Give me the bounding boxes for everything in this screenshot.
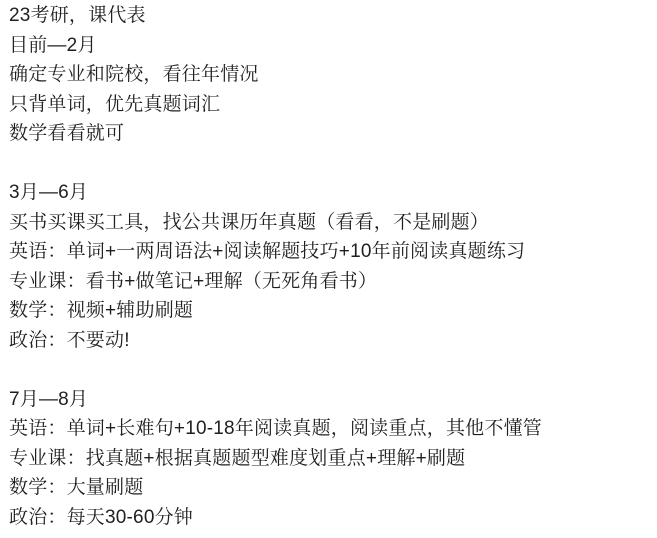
text-line: 买书买课买工具，找公共课历年真题（看看，不是刷题）	[9, 208, 651, 238]
text-line: 数学：大量刷题	[9, 473, 651, 503]
text-line: 数学：视频+辅助刷题	[9, 296, 651, 326]
text-line: 政治：每天30-60分钟	[9, 503, 651, 533]
section-march-to-june: 3月—6月 买书买课买工具，找公共课历年真题（看看，不是刷题） 英语：单词+一两…	[9, 178, 651, 355]
title-line: 23考研，课代表	[9, 1, 651, 31]
section-current-to-february: 23考研，课代表 目前—2月 确定专业和院校，看往年情况 只背单词，优先真题词汇…	[9, 1, 651, 149]
text-line: 英语：单词+一两周语法+阅读解题技巧+10年前阅读真题练习	[9, 237, 651, 267]
text-line: 专业课：看书+做笔记+理解（无死角看书）	[9, 267, 651, 297]
text-line: 专业课：找真题+根据真题题型难度划重点+理解+刷题	[9, 444, 651, 474]
text-line: 政治：不要动!	[9, 326, 651, 356]
text-line: 英语：单词+长难句+10-18年阅读真题，阅读重点，其他不懂管	[9, 414, 651, 444]
study-plan-notes: 23考研，课代表 目前—2月 确定专业和院校，看往年情况 只背单词，优先真题词汇…	[0, 0, 657, 532]
text-line: 数学看看就可	[9, 119, 651, 149]
text-line: 确定专业和院校，看往年情况	[9, 60, 651, 90]
period-heading: 7月—8月	[9, 385, 651, 415]
section-july-to-august: 7月—8月 英语：单词+长难句+10-18年阅读真题，阅读重点，其他不懂管 专业…	[9, 385, 651, 533]
period-heading: 目前—2月	[9, 31, 651, 61]
period-heading: 3月—6月	[9, 178, 651, 208]
text-line: 只背单词，优先真题词汇	[9, 90, 651, 120]
